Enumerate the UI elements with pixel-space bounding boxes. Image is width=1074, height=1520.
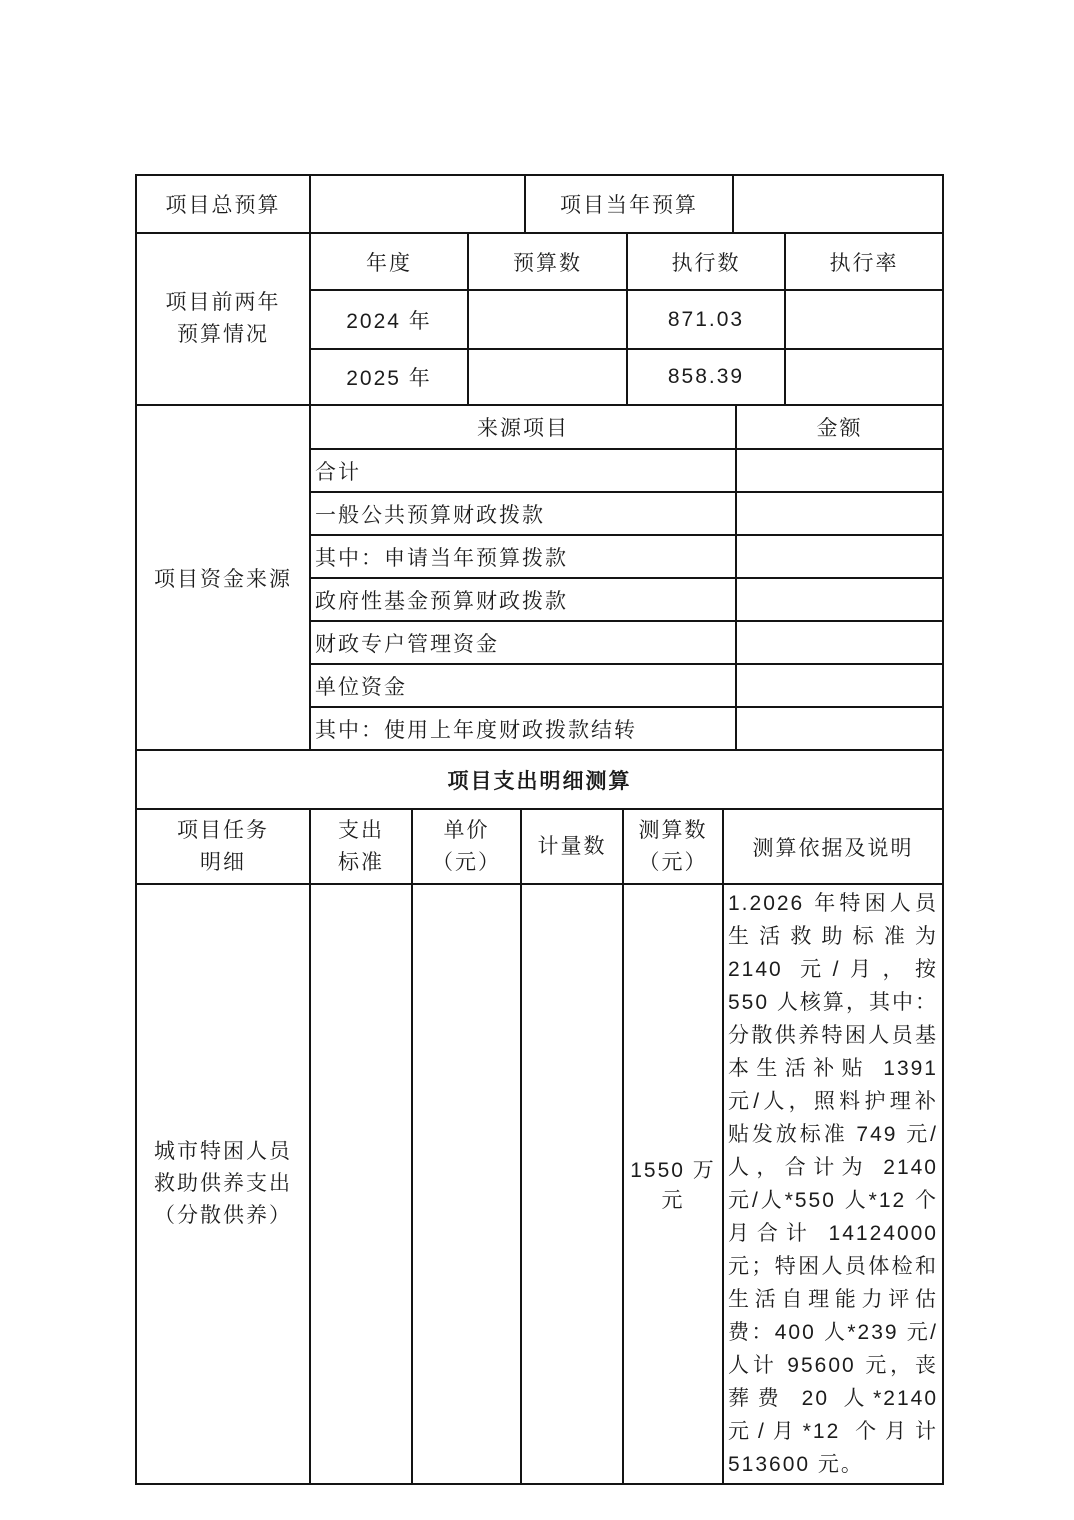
funding-label-gov-fund: 政府性基金预算财政拨款 (310, 578, 736, 621)
document-page: 项目总预算 项目当年预算 项目前两年 预算情况 年度 预算数 执行数 执行率 2… (0, 0, 1074, 1520)
col-header-executed: 执行数 (627, 234, 785, 290)
prev-years-row-label: 项目前两年 预算情况 (136, 234, 310, 405)
total-budget-value (310, 175, 525, 233)
col-header-estimate: 测算数 （元） (623, 810, 723, 884)
col-header-expense-standard: 支出 标准 (310, 810, 412, 884)
section-title: 项目支出明细测算 (136, 751, 943, 809)
funding-table: 项目资金来源 来源项目 金额 合计 一般公共预算财政拨款 其中：申请当年预算拨款… (135, 406, 944, 751)
current-year-budget-label: 项目当年预算 (525, 175, 733, 233)
budget-2025-cell (468, 349, 627, 405)
year-2025-cell: 2025 年 (310, 349, 468, 405)
col-header-amount: 金额 (736, 406, 943, 449)
funding-amount-special-account (736, 621, 943, 664)
basis-cell: 1.2026 年特困人员生活救助标准为 2140 元/月，按 550 人核算，其… (723, 884, 943, 1484)
funding-amount-current-year-request (736, 535, 943, 578)
rate-2025-cell (785, 349, 943, 405)
executed-2025-cell: 858.39 (627, 349, 785, 405)
col-header-rate: 执行率 (785, 234, 943, 290)
funding-amount-unit-funds (736, 664, 943, 707)
rate-2024-cell (785, 290, 943, 349)
executed-2024-cell: 871.03 (627, 290, 785, 349)
funding-label-current-year-request: 其中：申请当年预算拨款 (310, 535, 736, 578)
detail-table: 项目任务 明细 支出 标准 单价 （元） 计量数 测算数 （元） 测算依据及说明… (135, 810, 944, 1485)
year-2024-cell: 2024 年 (310, 290, 468, 349)
funding-label-special-account: 财政专户管理资金 (310, 621, 736, 664)
estimate-cell: 1550 万元 (623, 884, 723, 1484)
prev-years-table: 项目前两年 预算情况 年度 预算数 执行数 执行率 2024 年 871.03 … (135, 234, 944, 406)
funding-amount-total (736, 449, 943, 492)
col-header-basis: 测算依据及说明 (723, 810, 943, 884)
col-header-source: 来源项目 (310, 406, 736, 449)
funding-row-label: 项目资金来源 (136, 406, 310, 750)
funding-label-carryover: 其中：使用上年度财政拨款结转 (310, 707, 736, 750)
funding-amount-carryover (736, 707, 943, 750)
current-year-budget-value (733, 175, 943, 233)
section-heading-row: 项目支出明细测算 (135, 751, 944, 810)
summary-table: 项目总预算 项目当年预算 (135, 174, 944, 234)
col-header-task-detail: 项目任务 明细 (136, 810, 310, 884)
budget-table: 项目总预算 项目当年预算 项目前两年 预算情况 年度 预算数 执行数 执行率 2… (135, 174, 942, 1485)
task-detail-cell: 城市特困人员 救助供养支出 （分散供养） (136, 884, 310, 1484)
col-header-year: 年度 (310, 234, 468, 290)
unit-price-cell (412, 884, 521, 1484)
col-header-budget: 预算数 (468, 234, 627, 290)
funding-label-total: 合计 (310, 449, 736, 492)
table-row: 城市特困人员 救助供养支出 （分散供养） 1550 万元 1.2026 年特困人… (136, 884, 943, 1484)
expense-standard-cell (310, 884, 412, 1484)
budget-2024-cell (468, 290, 627, 349)
col-header-quantity: 计量数 (521, 810, 623, 884)
total-budget-label: 项目总预算 (136, 175, 310, 233)
funding-amount-general-public (736, 492, 943, 535)
funding-label-unit-funds: 单位资金 (310, 664, 736, 707)
quantity-cell (521, 884, 623, 1484)
funding-amount-gov-fund (736, 578, 943, 621)
funding-label-general-public: 一般公共预算财政拨款 (310, 492, 736, 535)
col-header-unit-price: 单价 （元） (412, 810, 521, 884)
